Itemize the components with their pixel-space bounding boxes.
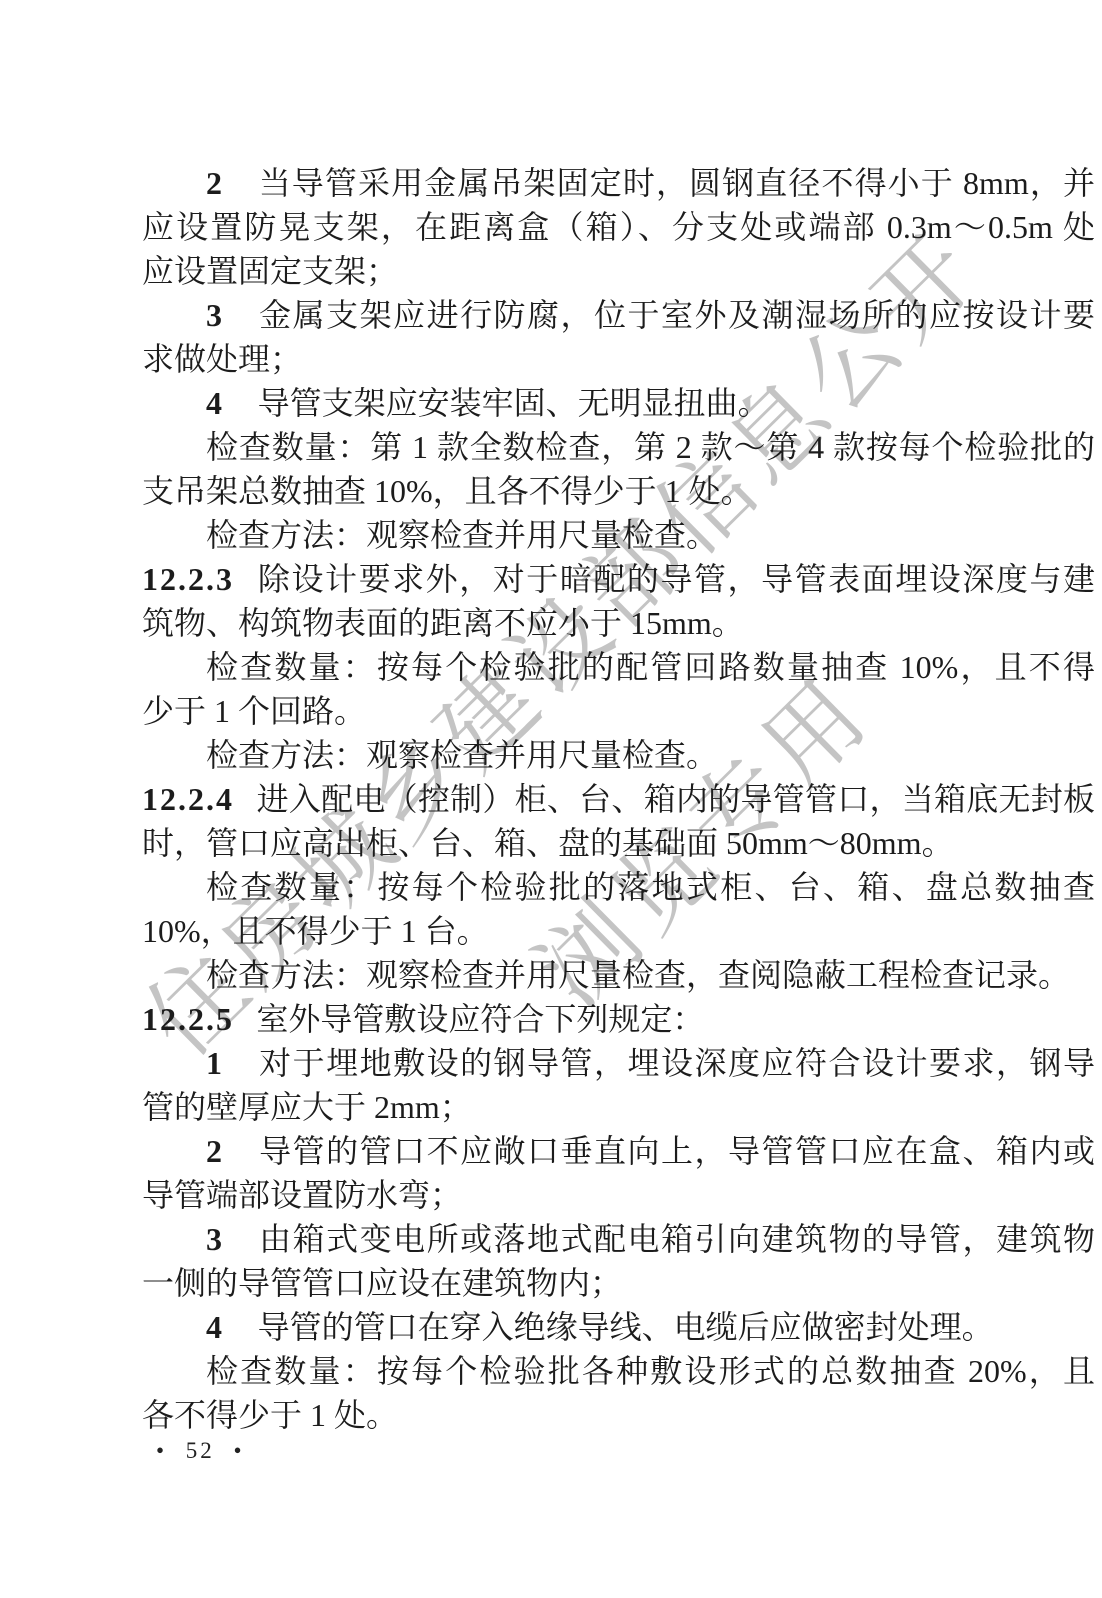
item-number: 4 — [206, 385, 224, 421]
page-number: • 52 • — [156, 1438, 245, 1464]
item-number: 1 — [206, 1045, 224, 1081]
text-run: 由箱式变电所或落地式配电箱引向建筑物的导管，建筑物 — [258, 1221, 1095, 1257]
paragraph: 检查数量：按每个检验批的配管回路数量抽查 10%，且不得少于 1 个回路。 — [142, 645, 1095, 733]
document-text: 2当导管采用金属吊架固定时，圆钢直径不得小于 8mm，并应设置防晃支架，在距离盒… — [142, 161, 1095, 1437]
text-run: 进入配电（控制）柜、台、箱内的导管管口，当箱底无封板 — [256, 781, 1095, 817]
text-line: 应设置防晃支架，在距离盒（箱）、分支处或端部 0.3m～0.5m 处 — [142, 205, 1095, 249]
item-number: 3 — [206, 1221, 224, 1257]
list-item-paragraph: 3金属支架应进行防腐，位于室外及潮湿场所的应按设计要求做处理； — [142, 293, 1095, 381]
text-run: 少于 1 个回路。 — [142, 693, 366, 729]
text-run: 时，管口应高出柜、台、箱、盘的基础面 50mm～80mm。 — [142, 825, 954, 861]
text-run: 检查数量：按每个检验批各种敷设形式的总数抽查 20%，且 — [206, 1353, 1095, 1389]
section-number: 12.2.4 — [142, 781, 234, 817]
text-run: 检查方法：观察检查并用尺量检查。 — [206, 737, 718, 773]
text-run: 除设计要求外，对于暗配的导管，导管表面埋设深度与建 — [256, 561, 1095, 597]
text-run: 检查方法：观察检查并用尺量检查，查阅隐蔽工程检查记录。 — [206, 957, 1070, 993]
text-line: 各不得少于 1 处。 — [142, 1393, 1095, 1437]
text-line: 应设置固定支架； — [142, 249, 1095, 293]
item-number: 2 — [206, 1133, 224, 1169]
paragraph: 检查方法：观察检查并用尺量检查，查阅隐蔽工程检查记录。 — [142, 953, 1095, 997]
document-page: 住房城乡建设部信息公开 浏览专用 2当导管采用金属吊架固定时，圆钢直径不得小于 … — [0, 0, 1102, 1598]
text-line: 筑物、构筑物表面的距离不应小于 15mm。 — [142, 601, 1095, 645]
text-line: 导管端部设置防水弯； — [142, 1173, 1095, 1217]
text-run: 导管的管口不应敞口垂直向上，导管管口应在盒、箱内或 — [258, 1133, 1095, 1169]
list-item-paragraph: 3由箱式变电所或落地式配电箱引向建筑物的导管，建筑物一侧的导管管口应设在建筑物内… — [142, 1217, 1095, 1305]
text-line: 支吊架总数抽查 10%，且各不得少于 1 处。 — [142, 469, 1095, 513]
text-run: 当导管采用金属吊架固定时，圆钢直径不得小于 8mm，并 — [258, 165, 1095, 201]
text-run: 管的壁厚应大于 2mm； — [142, 1089, 472, 1125]
text-line: 时，管口应高出柜、台、箱、盘的基础面 50mm～80mm。 — [142, 821, 1095, 865]
section-paragraph: 12.2.3除设计要求外，对于暗配的导管，导管表面埋设深度与建筑物、构筑物表面的… — [142, 557, 1095, 645]
text-run: 检查方法：观察检查并用尺量检查。 — [206, 517, 718, 553]
text-line: 2导管的管口不应敞口垂直向上，导管管口应在盒、箱内或 — [142, 1129, 1095, 1173]
text-run: 金属支架应进行防腐，位于室外及潮湿场所的应按设计要 — [258, 297, 1095, 333]
list-item-paragraph: 1对于埋地敷设的钢导管，埋设深度应符合设计要求，钢导管的壁厚应大于 2mm； — [142, 1041, 1095, 1129]
text-run: 一侧的导管管口应设在建筑物内； — [142, 1265, 622, 1301]
text-line: 4导管的管口在穿入绝缘导线、电缆后应做密封处理。 — [142, 1305, 1095, 1349]
text-line: 一侧的导管管口应设在建筑物内； — [142, 1261, 1095, 1305]
text-line: 1对于埋地敷设的钢导管，埋设深度应符合设计要求，钢导 — [142, 1041, 1095, 1085]
text-run: 检查数量：按每个检验批的落地式柜、台、箱、盘总数抽查 — [206, 869, 1095, 905]
text-line: 检查方法：观察检查并用尺量检查。 — [142, 733, 1095, 777]
text-line: 检查方法：观察检查并用尺量检查。 — [142, 513, 1095, 557]
text-run: 检查数量：按每个检验批的配管回路数量抽查 10%，且不得 — [206, 649, 1095, 685]
section-paragraph: 12.2.5室外导管敷设应符合下列规定： — [142, 997, 1095, 1041]
paragraph: 检查方法：观察检查并用尺量检查。 — [142, 733, 1095, 777]
text-line: 3金属支架应进行防腐，位于室外及潮湿场所的应按设计要 — [142, 293, 1095, 337]
item-number: 3 — [206, 297, 224, 333]
text-run: 各不得少于 1 处。 — [142, 1397, 398, 1433]
text-run: 导管的管口在穿入绝缘导线、电缆后应做密封处理。 — [258, 1309, 994, 1345]
text-line: 少于 1 个回路。 — [142, 689, 1095, 733]
text-line: 12.2.3除设计要求外，对于暗配的导管，导管表面埋设深度与建 — [142, 557, 1095, 601]
text-line: 检查数量：按每个检验批的配管回路数量抽查 10%，且不得 — [142, 645, 1095, 689]
text-run: 导管端部设置防水弯； — [142, 1177, 462, 1213]
text-line: 检查方法：观察检查并用尺量检查，查阅隐蔽工程检查记录。 — [142, 953, 1095, 997]
section-paragraph: 12.2.4进入配电（控制）柜、台、箱内的导管管口，当箱底无封板时，管口应高出柜… — [142, 777, 1095, 865]
text-run: 导管支架应安装牢固、无明显扭曲。 — [258, 385, 770, 421]
text-run: 应设置防晃支架，在距离盒（箱）、分支处或端部 0.3m～0.5m 处 — [142, 209, 1095, 245]
text-line: 2当导管采用金属吊架固定时，圆钢直径不得小于 8mm，并 — [142, 161, 1095, 205]
text-run: 10%，且不得少于 1 台。 — [142, 913, 489, 949]
section-number: 12.2.5 — [142, 1001, 234, 1037]
text-line: 检查数量：按每个检验批的落地式柜、台、箱、盘总数抽查 — [142, 865, 1095, 909]
text-line: 4导管支架应安装牢固、无明显扭曲。 — [142, 381, 1095, 425]
list-item-paragraph: 4导管的管口在穿入绝缘导线、电缆后应做密封处理。 — [142, 1305, 1095, 1349]
text-line: 检查数量：第 1 款全数检查，第 2 款～第 4 款按每个检验批的 — [142, 425, 1095, 469]
text-line: 求做处理； — [142, 337, 1095, 381]
text-run: 室外导管敷设应符合下列规定： — [256, 1001, 704, 1037]
item-number: 4 — [206, 1309, 224, 1345]
text-run: 应设置固定支架； — [142, 253, 398, 289]
paragraph: 检查数量：第 1 款全数检查，第 2 款～第 4 款按每个检验批的支吊架总数抽查… — [142, 425, 1095, 513]
paragraph: 检查数量：按每个检验批各种敷设形式的总数抽查 20%，且各不得少于 1 处。 — [142, 1349, 1095, 1437]
item-number: 2 — [206, 165, 224, 201]
section-number: 12.2.3 — [142, 561, 234, 597]
text-run: 对于埋地敷设的钢导管，埋设深度应符合设计要求，钢导 — [258, 1045, 1095, 1081]
text-line: 管的壁厚应大于 2mm； — [142, 1085, 1095, 1129]
text-run: 支吊架总数抽查 10%，且各不得少于 1 处。 — [142, 473, 753, 509]
list-item-paragraph: 2当导管采用金属吊架固定时，圆钢直径不得小于 8mm，并应设置防晃支架，在距离盒… — [142, 161, 1095, 293]
paragraph: 检查数量：按每个检验批的落地式柜、台、箱、盘总数抽查10%，且不得少于 1 台。 — [142, 865, 1095, 953]
text-run: 求做处理； — [142, 341, 302, 377]
list-item-paragraph: 2导管的管口不应敞口垂直向上，导管管口应在盒、箱内或导管端部设置防水弯； — [142, 1129, 1095, 1217]
text-line: 检查数量：按每个检验批各种敷设形式的总数抽查 20%，且 — [142, 1349, 1095, 1393]
list-item-paragraph: 4导管支架应安装牢固、无明显扭曲。 — [142, 381, 1095, 425]
text-line: 10%，且不得少于 1 台。 — [142, 909, 1095, 953]
text-line: 12.2.4进入配电（控制）柜、台、箱内的导管管口，当箱底无封板 — [142, 777, 1095, 821]
text-line: 3由箱式变电所或落地式配电箱引向建筑物的导管，建筑物 — [142, 1217, 1095, 1261]
text-run: 筑物、构筑物表面的距离不应小于 15mm。 — [142, 605, 744, 641]
text-line: 12.2.5室外导管敷设应符合下列规定： — [142, 997, 1095, 1041]
text-run: 检查数量：第 1 款全数检查，第 2 款～第 4 款按每个检验批的 — [206, 429, 1095, 465]
paragraph: 检查方法：观察检查并用尺量检查。 — [142, 513, 1095, 557]
